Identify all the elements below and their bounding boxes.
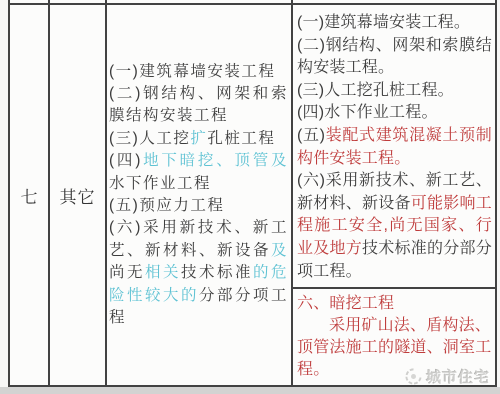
row-category-cell: 其它 <box>50 5 107 385</box>
list-item: (四)水下作业工程。 <box>297 102 492 125</box>
row-number: 七 <box>21 183 38 208</box>
highlighted-text: 地下暗挖、顶管及 <box>142 152 288 169</box>
major-danger-projects-cell: (一)建筑幕墙安装工程。(二)钢结构、网架和索膜结构安装工程。(三)人工挖孔桩工… <box>293 5 495 289</box>
regulations-table: 七 其它 (一)建筑幕墙安装工程(二)钢结构、网架和索膜结构安装工程(三)人工挖… <box>8 0 497 387</box>
danger-projects-cell: (一)建筑幕墙安装工程(二)钢结构、网架和索膜结构安装工程(三)人工挖扩孔桩工程… <box>107 5 293 385</box>
list-item: (一)建筑幕墙安装工程 <box>109 61 288 83</box>
list-item: (一)建筑幕墙安装工程。 <box>297 12 492 35</box>
list-item: (二)钢结构、网架和索膜结构安装工程 <box>109 83 288 128</box>
highlighted-text: 采用矿山法、盾构法、顶管法施工的隧道、洞室工程。 <box>297 317 491 378</box>
list-item: 采用矿山法、盾构法、顶管法施工的隧道、洞室工程。 <box>297 315 492 381</box>
list-item: (五)预应力工程 <box>109 195 288 217</box>
right-column: (一)建筑幕墙安装工程。(二)钢结构、网架和索膜结构安装工程。(三)人工挖孔桩工… <box>293 5 495 385</box>
highlighted-text: 相关 <box>145 264 181 281</box>
list-item: (三)人工挖孔桩工程。 <box>297 80 492 103</box>
list-item: (六)采用新技术、新工艺、新材料、新设备可能影响工程施工安全,尚无国家、行业及地… <box>297 170 492 283</box>
list-item: (六)采用新技术、新工艺、新材料、新设备及尚无相关技术标准的危险性较大的分部分项… <box>109 217 288 329</box>
highlighted-text: 扩 <box>190 130 207 147</box>
row-category: 其它 <box>60 183 96 208</box>
list-item: 六、暗挖工程 <box>297 293 492 315</box>
tunnel-works-cell: 六、暗挖工程采用矿山法、盾构法、顶管法施工的隧道、洞室工程。 <box>293 289 495 385</box>
list-item: (四)地下暗挖、顶管及水下作业工程 <box>109 150 288 195</box>
list-item: (五)装配式建筑混凝土预制构件安装工程。 <box>297 125 492 170</box>
highlighted-text: 六、暗挖工程 <box>297 295 394 312</box>
row-number-cell: 七 <box>10 5 50 385</box>
list-item: (二)钢结构、网架和索膜结构安装工程。 <box>297 35 492 80</box>
table-main-row: 七 其它 (一)建筑幕墙安装工程(二)钢结构、网架和索膜结构安装工程(三)人工挖… <box>10 5 495 385</box>
highlighted-text: 装配式建筑混凝土预制构件安装工程。 <box>297 127 492 167</box>
page-background-strip <box>0 387 500 394</box>
highlighted-text: 及 <box>271 242 288 259</box>
list-item: (三)人工挖扩孔桩工程 <box>109 128 288 150</box>
